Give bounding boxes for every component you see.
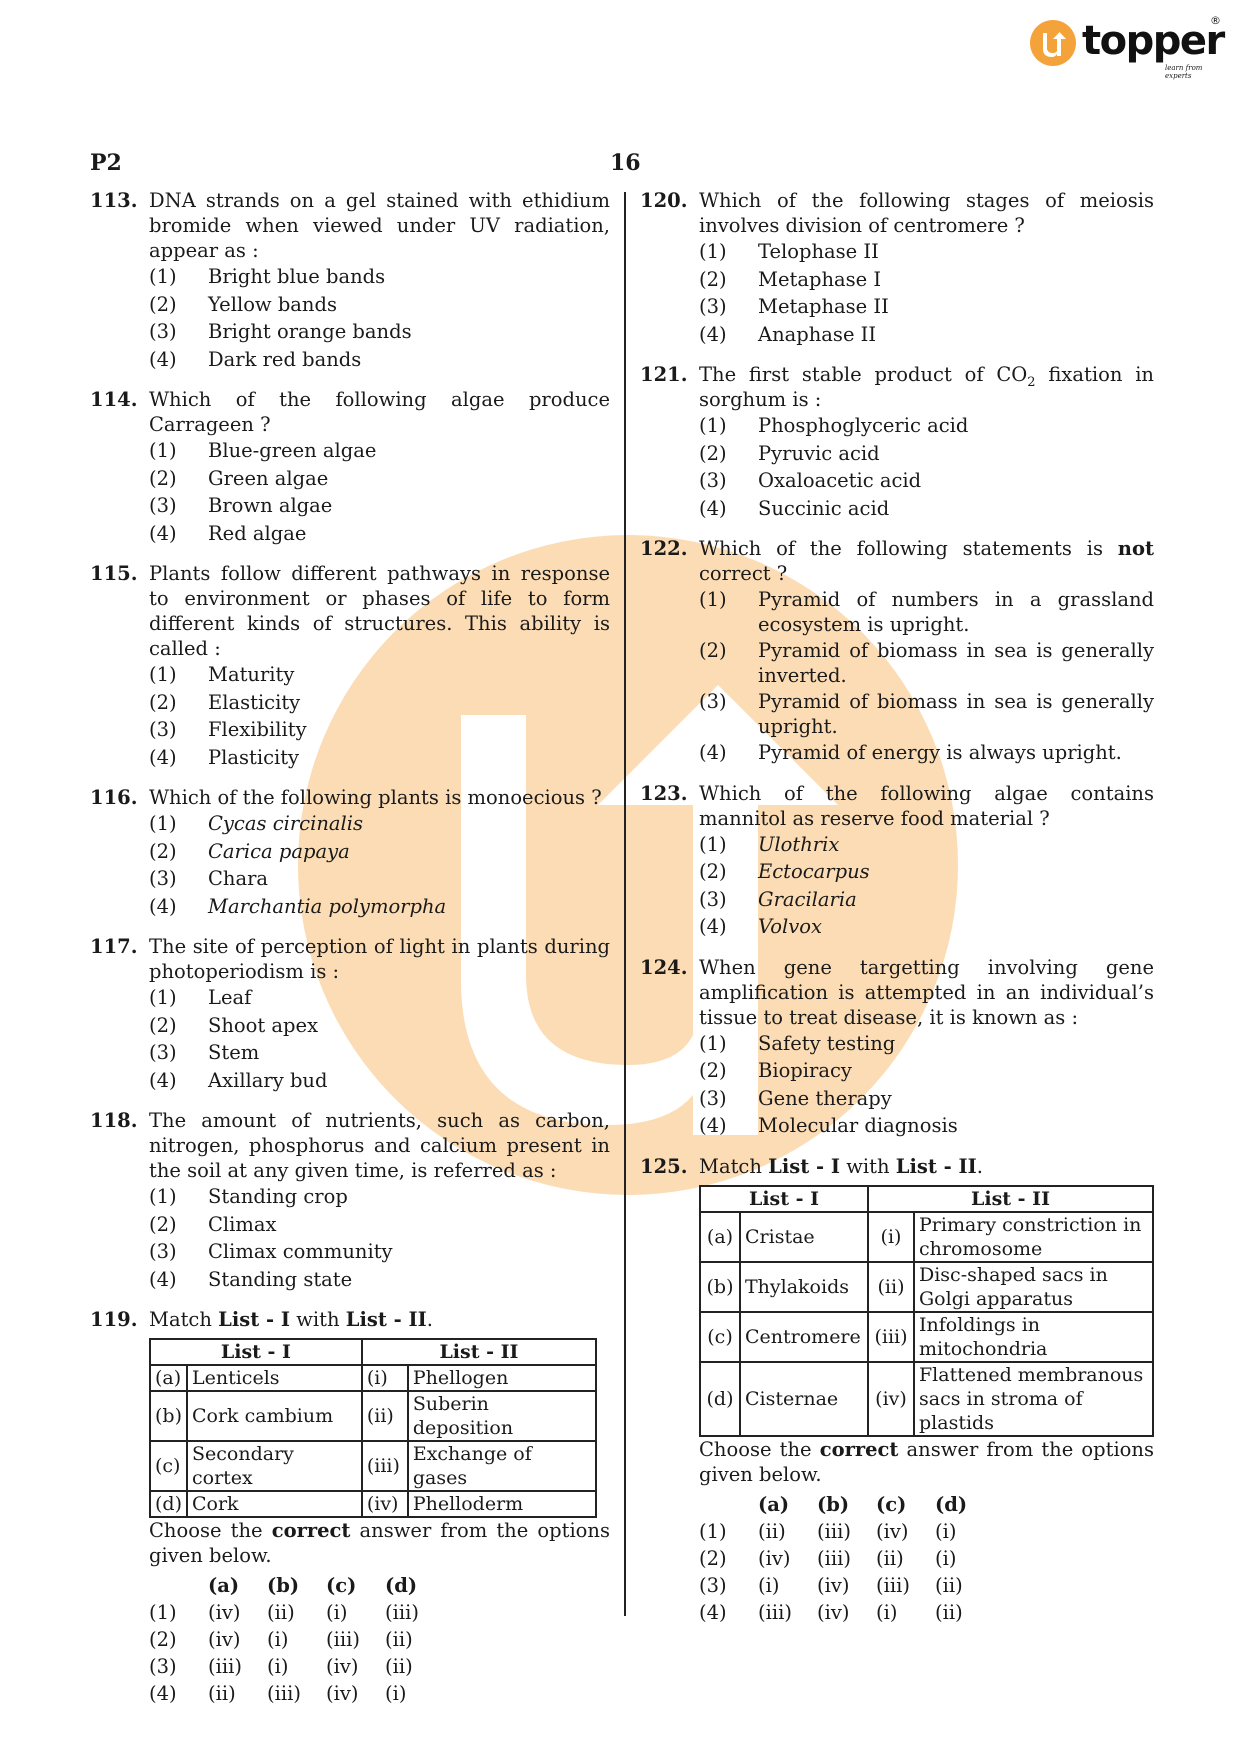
- option: (4)Red algae: [149, 520, 610, 548]
- table-row: (a)Cristae(i)Primary constriction in chr…: [700, 1212, 1153, 1262]
- question-115: 115. Plants follow different pathways in…: [90, 561, 610, 771]
- question-number: 122.: [640, 536, 688, 561]
- option: (3)Stem: [149, 1039, 610, 1067]
- table-row: (c)Centromere(iii)Infoldings in mitochon…: [700, 1312, 1153, 1362]
- option: (2)Biopiracy: [699, 1057, 1154, 1085]
- option: (2)Climax: [149, 1211, 610, 1239]
- option: (3)Brown algae: [149, 492, 610, 520]
- question-number: 113.: [90, 188, 138, 213]
- table-row: (d)Cisternae(iv)Flattened membranous sac…: [700, 1362, 1153, 1436]
- option: (1)Safety testing: [699, 1030, 1154, 1058]
- option: (3)Gracilaria: [699, 886, 1154, 914]
- question-stem: Which of the following algae contains ma…: [699, 781, 1154, 831]
- option: (1)Leaf: [149, 984, 610, 1012]
- answer-options: (a) (b) (c) (d) (1)(iv)(ii)(i)(iii) (2)(…: [149, 1572, 610, 1707]
- answer-options: (a) (b) (c) (d) (1)(ii)(iii)(iv)(i) (2)(…: [699, 1491, 1154, 1626]
- option: (3)Flexibility: [149, 716, 610, 744]
- question-122: 122. Which of the following statements i…: [640, 536, 1154, 767]
- question-stem: The amount of nutrients, such as carbon,…: [149, 1108, 610, 1183]
- question-125: 125. Match List - I with List - II. List…: [640, 1154, 1154, 1626]
- list-1-header: List - I: [150, 1339, 362, 1365]
- topper-logo: topper ® learn from experts: [1030, 14, 1230, 76]
- option: (2)Elasticity: [149, 689, 610, 717]
- choose-instruction: Choose the correct answer from the optio…: [149, 1518, 610, 1568]
- option: (2)Carica papaya: [149, 838, 610, 866]
- option: (2)Metaphase I: [699, 266, 1154, 294]
- question-number: 120.: [640, 188, 688, 213]
- question-stem: Which of the following statements is not…: [699, 536, 1154, 586]
- table-row: (c)Secondary cortex(iii)Exchange of gase…: [150, 1441, 596, 1491]
- table-row: (a)Lenticels(i)Phellogen: [150, 1365, 596, 1391]
- match-table: List - IList - II (a)Lenticels(i)Phellog…: [149, 1338, 597, 1518]
- question-stem: Plants follow different pathways in resp…: [149, 561, 610, 661]
- option: (1)Telophase II: [699, 238, 1154, 266]
- question-number: 121.: [640, 362, 688, 387]
- option: (3)Oxaloacetic acid: [699, 467, 1154, 495]
- option: (4)Dark red bands: [149, 346, 610, 374]
- option: (2)Yellow bands: [149, 291, 610, 319]
- question-number: 123.: [640, 781, 688, 806]
- option: (3)Climax community: [149, 1238, 610, 1266]
- left-column: 113. DNA strands on a gel stained with e…: [90, 188, 610, 1721]
- table-row: (b)Cork cambium(ii)Suberin deposition: [150, 1391, 596, 1441]
- list-1-header: List - I: [700, 1186, 868, 1212]
- question-121: 121. The first stable product of CO2 fix…: [640, 362, 1154, 522]
- question-119: 119. Match List - I with List - II. List…: [90, 1307, 610, 1707]
- option: (2)Shoot apex: [149, 1012, 610, 1040]
- option: (3)Chara: [149, 865, 610, 893]
- option: (1)Blue-green algae: [149, 437, 610, 465]
- list-2-header: List - II: [868, 1186, 1153, 1212]
- question-stem: The site of perception of light in plant…: [149, 934, 610, 984]
- option: (4)Standing state: [149, 1266, 610, 1294]
- question-120: 120. Which of the following stages of me…: [640, 188, 1154, 348]
- option: (1)Pyramid of numbers in a grassland eco…: [699, 586, 1154, 637]
- question-113: 113. DNA strands on a gel stained with e…: [90, 188, 610, 373]
- option: (4)Pyramid of energy is always upright.: [699, 739, 1154, 767]
- option: (2)Green algae: [149, 465, 610, 493]
- option: (1)Phosphoglyceric acid: [699, 412, 1154, 440]
- question-number: 118.: [90, 1108, 138, 1133]
- question-stem: Which of the following stages of meiosis…: [699, 188, 1154, 238]
- option: (4)Marchantia polymorpha: [149, 893, 610, 921]
- option: (4)Anaphase II: [699, 321, 1154, 349]
- option: (3)Bright orange bands: [149, 318, 610, 346]
- question-114: 114. Which of the following algae produc…: [90, 387, 610, 547]
- option: (4)Axillary bud: [149, 1067, 610, 1095]
- table-row: (b)Thylakoids(ii)Disc-shaped sacs in Gol…: [700, 1262, 1153, 1312]
- list-2-header: List - II: [362, 1339, 596, 1365]
- question-stem: Match List - I with List - II.: [699, 1154, 1154, 1179]
- table-row: (d)Cork(iv)Phelloderm: [150, 1491, 596, 1517]
- u-arrow-logo-icon: [1030, 20, 1076, 66]
- question-number: 124.: [640, 955, 688, 980]
- question-124: 124. When gene targetting involving gene…: [640, 955, 1154, 1140]
- option: (1)Standing crop: [149, 1183, 610, 1211]
- question-stem: DNA strands on a gel stained with ethidi…: [149, 188, 610, 263]
- question-123: 123. Which of the following algae contai…: [640, 781, 1154, 941]
- question-number: 114.: [90, 387, 138, 412]
- question-117: 117. The site of perception of light in …: [90, 934, 610, 1094]
- option: (1)Maturity: [149, 661, 610, 689]
- option: (4)Plasticity: [149, 744, 610, 772]
- right-column: 120. Which of the following stages of me…: [640, 188, 1154, 1640]
- option: (3)Pyramid of biomass in sea is generall…: [699, 688, 1154, 739]
- option: (3)Metaphase II: [699, 293, 1154, 321]
- paper-code: P2: [90, 150, 122, 176]
- question-116: 116. Which of the following plants is mo…: [90, 785, 610, 920]
- question-stem: Which of the following plants is monoeci…: [149, 785, 610, 810]
- question-118: 118. The amount of nutrients, such as ca…: [90, 1108, 610, 1293]
- page-number: 16: [610, 150, 641, 176]
- question-number: 115.: [90, 561, 138, 586]
- option: (4)Volvox: [699, 913, 1154, 941]
- match-table: List - IList - II (a)Cristae(i)Primary c…: [699, 1185, 1154, 1437]
- option: (2)Pyruvic acid: [699, 440, 1154, 468]
- logo-wordmark: topper: [1082, 18, 1224, 64]
- option: (1)Bright blue bands: [149, 263, 610, 291]
- registered-mark: ®: [1210, 14, 1221, 27]
- option: (1)Ulothrix: [699, 831, 1154, 859]
- question-number: 117.: [90, 934, 138, 959]
- question-number: 116.: [90, 785, 138, 810]
- option: (4)Molecular diagnosis: [699, 1112, 1154, 1140]
- question-stem: The first stable product of CO2 fixation…: [699, 362, 1154, 412]
- question-stem: Which of the following algae produce Car…: [149, 387, 610, 437]
- question-stem: Match List - I with List - II.: [149, 1307, 610, 1332]
- option: (1)Cycas circinalis: [149, 810, 610, 838]
- question-stem: When gene targetting involving gene ampl…: [699, 955, 1154, 1030]
- question-number: 125.: [640, 1154, 688, 1179]
- option: (4)Succinic acid: [699, 495, 1154, 523]
- option: (2)Ectocarpus: [699, 858, 1154, 886]
- option: (3)Gene therapy: [699, 1085, 1154, 1113]
- logo-tagline: learn from experts: [1165, 64, 1230, 80]
- column-divider: [624, 192, 626, 1616]
- choose-instruction: Choose the correct answer from the optio…: [699, 1437, 1154, 1487]
- question-number: 119.: [90, 1307, 138, 1332]
- option: (2)Pyramid of biomass in sea is generall…: [699, 637, 1154, 688]
